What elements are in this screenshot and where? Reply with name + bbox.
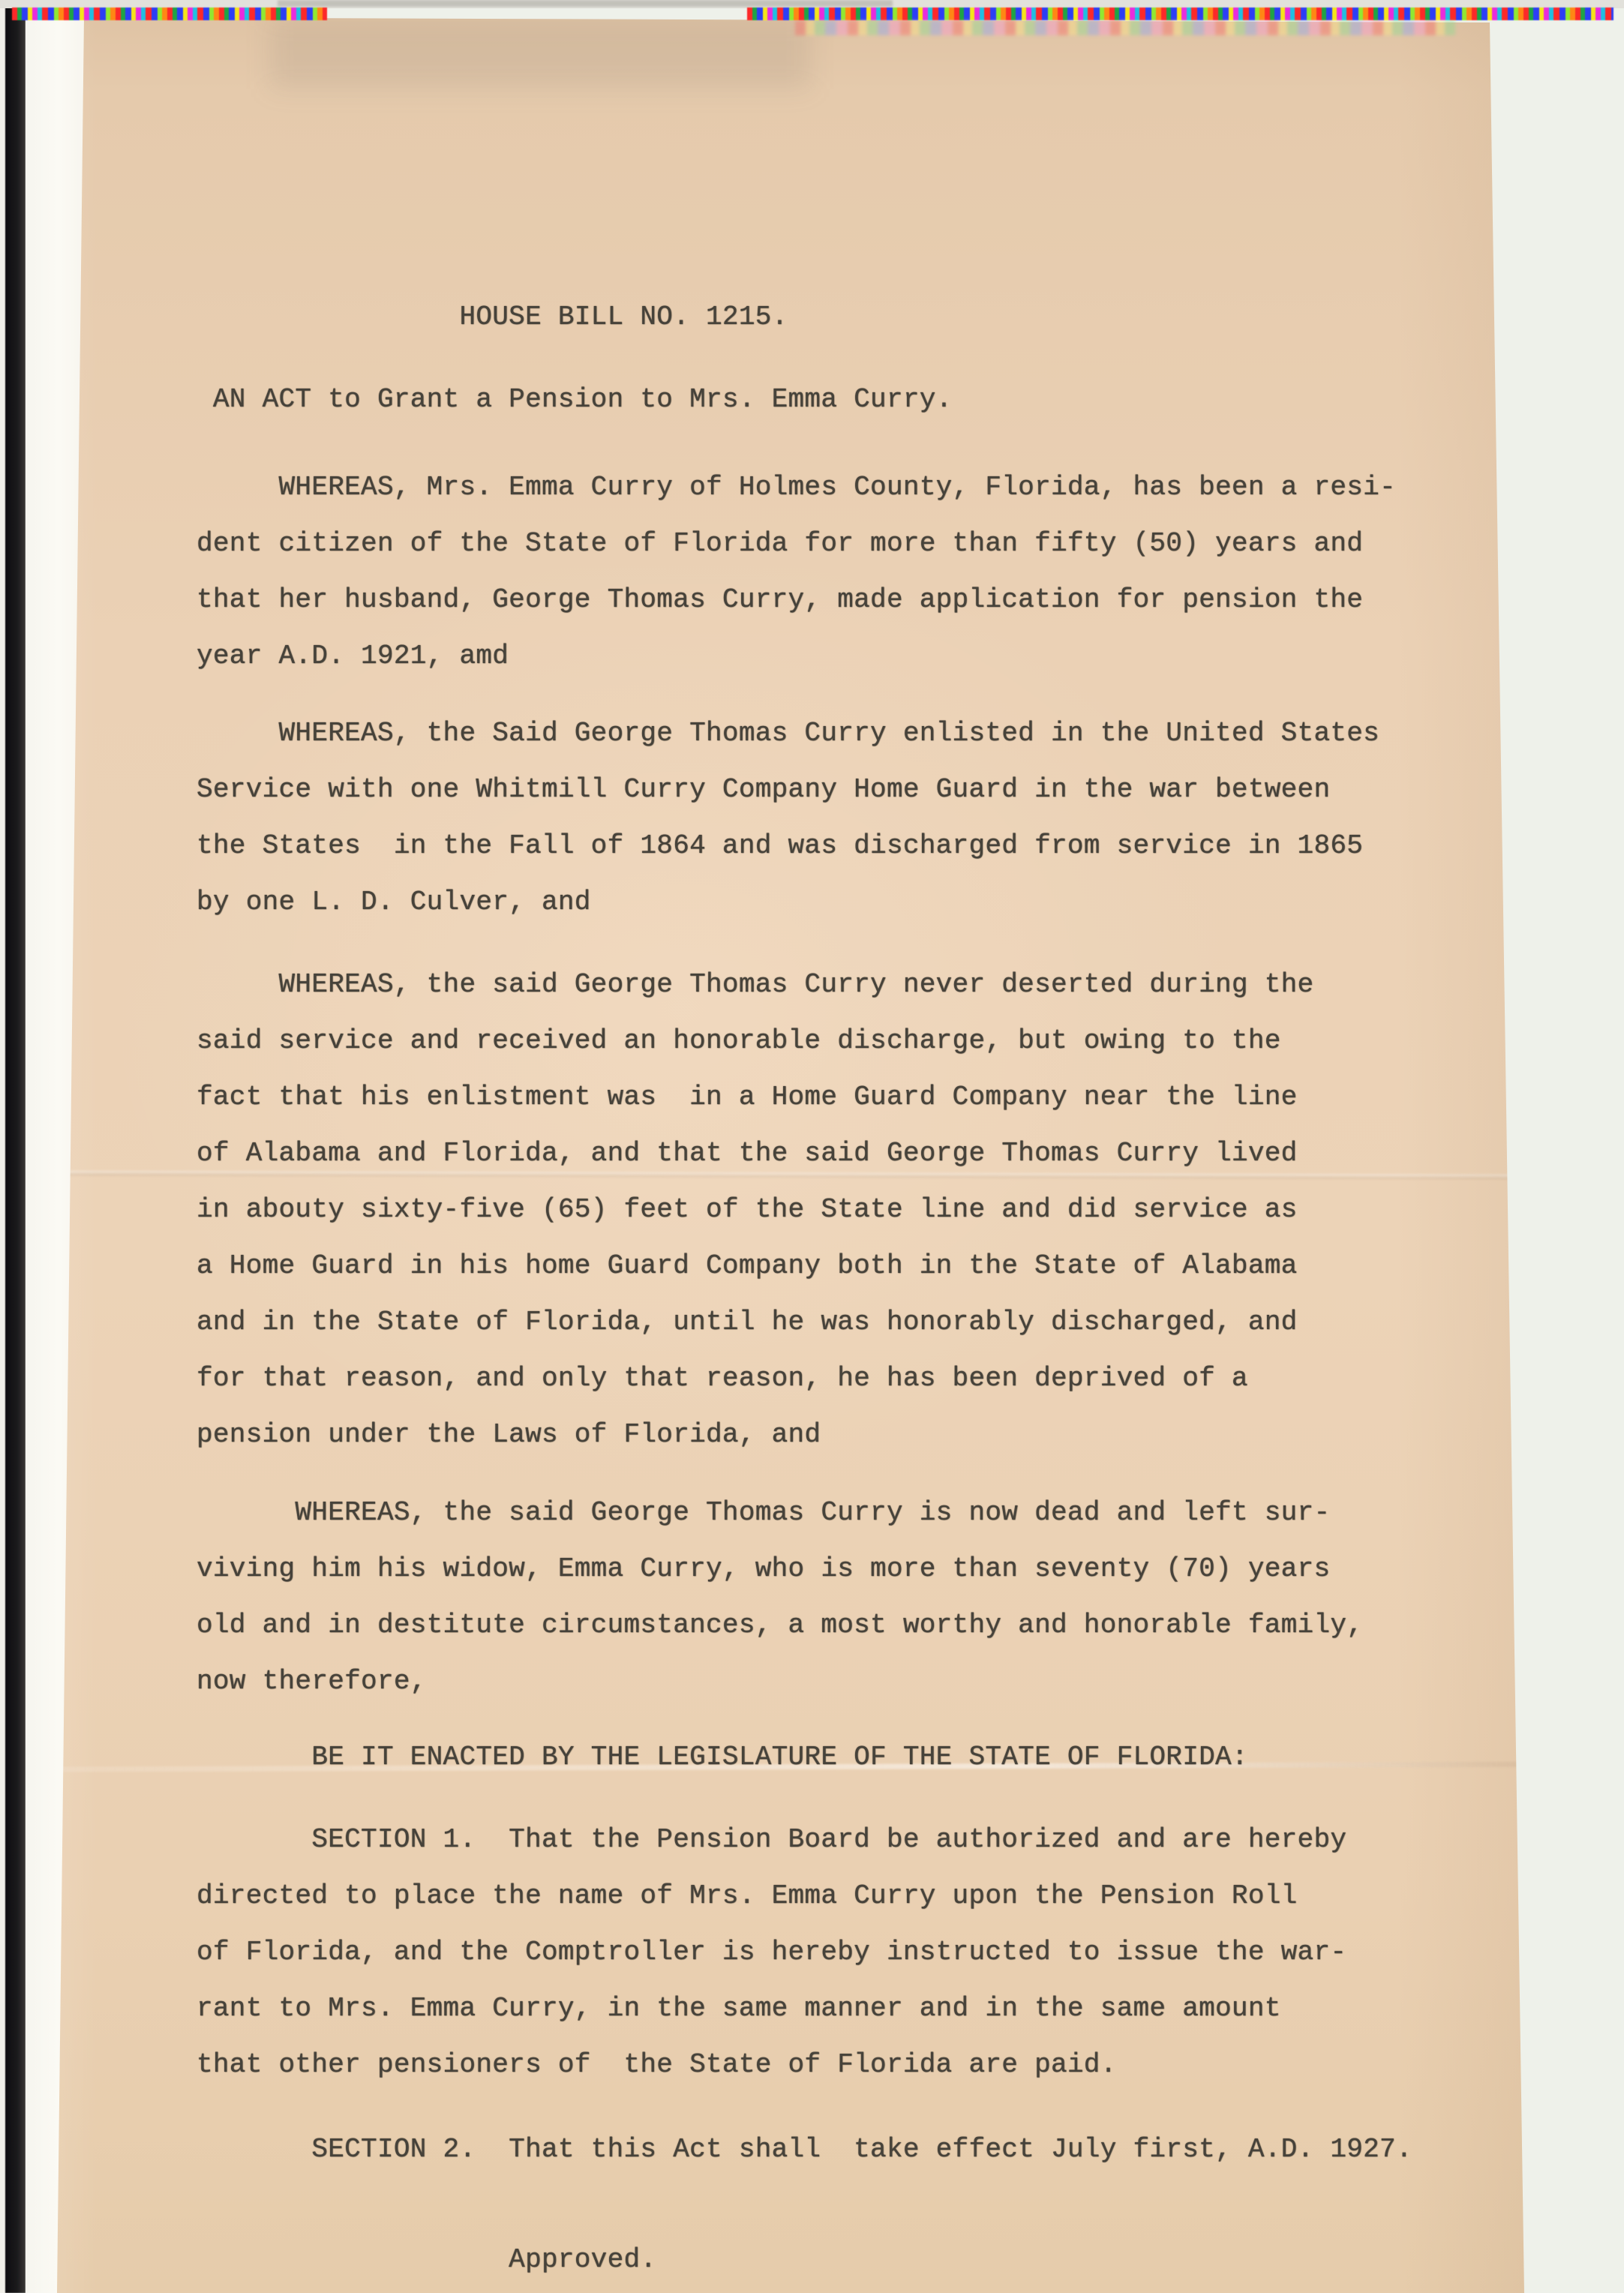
text-line: rant to Mrs. Emma Curry, in the same man… (197, 1980, 1427, 2036)
text-line: and in the State of Florida, until he wa… (197, 1294, 1427, 1350)
text-line: directed to place the name of Mrs. Emma … (197, 1868, 1427, 1924)
text-line: a Home Guard in his home Guard Company b… (197, 1238, 1427, 1294)
text-line: pension under the Laws of Florida, and (197, 1406, 1427, 1463)
scanner-black-strip (5, 0, 26, 2293)
text-line: WHEREAS, Mrs. Emma Curry of Holmes Count… (197, 459, 1427, 515)
fold-crease (60, 1762, 1530, 1772)
scanned-document-page: HOUSE BILL NO. 1215. AN ACT to Grant a P… (0, 0, 1624, 2293)
text-line: said service and received an honorable d… (197, 1013, 1427, 1069)
document-title-paragraph: HOUSE BILL NO. 1215. (197, 289, 1427, 345)
paragraph: WHEREAS, the said George Thomas Curry ne… (197, 956, 1427, 1463)
text-line: fact that his enlistment was in a Home G… (197, 1069, 1427, 1125)
text-line: WHEREAS, the Said George Thomas Curry en… (197, 705, 1427, 761)
text-line: the States in the Fall of 1864 and was d… (197, 818, 1427, 874)
paragraph: BE IT ENACTED BY THE LEGISLATURE OF THE … (197, 1729, 1427, 1785)
text-line: of Florida, and the Comptroller is hereb… (197, 1924, 1427, 1980)
paragraph: SECTION 1. That the Pension Board be aut… (197, 1811, 1427, 2093)
color-fringe-artifact (795, 20, 1455, 35)
text-line: year A.D. 1921, amd (197, 628, 1427, 684)
text-line: Service with one Whitmill Curry Company … (197, 761, 1427, 818)
text-line: that her husband, George Thomas Curry, m… (197, 572, 1427, 628)
text-line: that other pensioners of the State of Fl… (197, 2036, 1427, 2093)
scan-top-noise (278, 0, 893, 7)
text-line: of Alabama and Florida, and that the sai… (197, 1125, 1427, 1181)
text-line: for that reason, and only that reason, h… (197, 1350, 1427, 1406)
text-line: SECTION 1. That the Pension Board be aut… (197, 1811, 1427, 1868)
fold-crease (60, 1170, 1530, 1179)
text-line: dent citizen of the State of Florida for… (197, 515, 1427, 572)
paragraph: WHEREAS, the said George Thomas Curry is… (197, 1484, 1427, 1709)
paragraph: WHEREAS, Mrs. Emma Curry of Holmes Count… (197, 459, 1427, 684)
calibration-color-bar (747, 8, 1613, 20)
text-line: BE IT ENACTED BY THE LEGISLATURE OF THE … (197, 1729, 1427, 1785)
paragraph: Approved. (197, 2231, 1427, 2288)
text-line: in abouty sixty-five (65) feet of the St… (197, 1181, 1427, 1238)
paragraph: SECTION 2. That this Act shall take effe… (197, 2121, 1427, 2177)
text-line: HOUSE BILL NO. 1215. (197, 289, 1427, 345)
calibration-color-bar (12, 8, 327, 20)
paper-smudge (270, 18, 810, 89)
paragraph: AN ACT to Grant a Pension to Mrs. Emma C… (197, 371, 1427, 428)
paragraph: WHEREAS, the Said George Thomas Curry en… (197, 705, 1427, 930)
text-line: viving him his widow, Emma Curry, who is… (197, 1541, 1427, 1597)
paper-sheet: HOUSE BILL NO. 1215. AN ACT to Grant a P… (0, 0, 1624, 2293)
text-line: old and in destitute circumstances, a mo… (197, 1597, 1427, 1653)
scan-left-edge (0, 0, 5, 2293)
text-line: WHEREAS, the said George Thomas Curry ne… (197, 956, 1427, 1013)
text-line: Approved. (197, 2231, 1427, 2288)
text-line: AN ACT to Grant a Pension to Mrs. Emma C… (197, 371, 1427, 428)
document-text: HOUSE BILL NO. 1215. AN ACT to Grant a P… (197, 289, 1427, 2288)
text-line: by one L. D. Culver, and (197, 874, 1427, 930)
calibration-dark-segment (327, 8, 747, 20)
text-line: now therefore, (197, 1653, 1427, 1709)
text-line: SECTION 2. That this Act shall take effe… (197, 2121, 1427, 2177)
text-line: WHEREAS, the said George Thomas Curry is… (197, 1484, 1427, 1541)
